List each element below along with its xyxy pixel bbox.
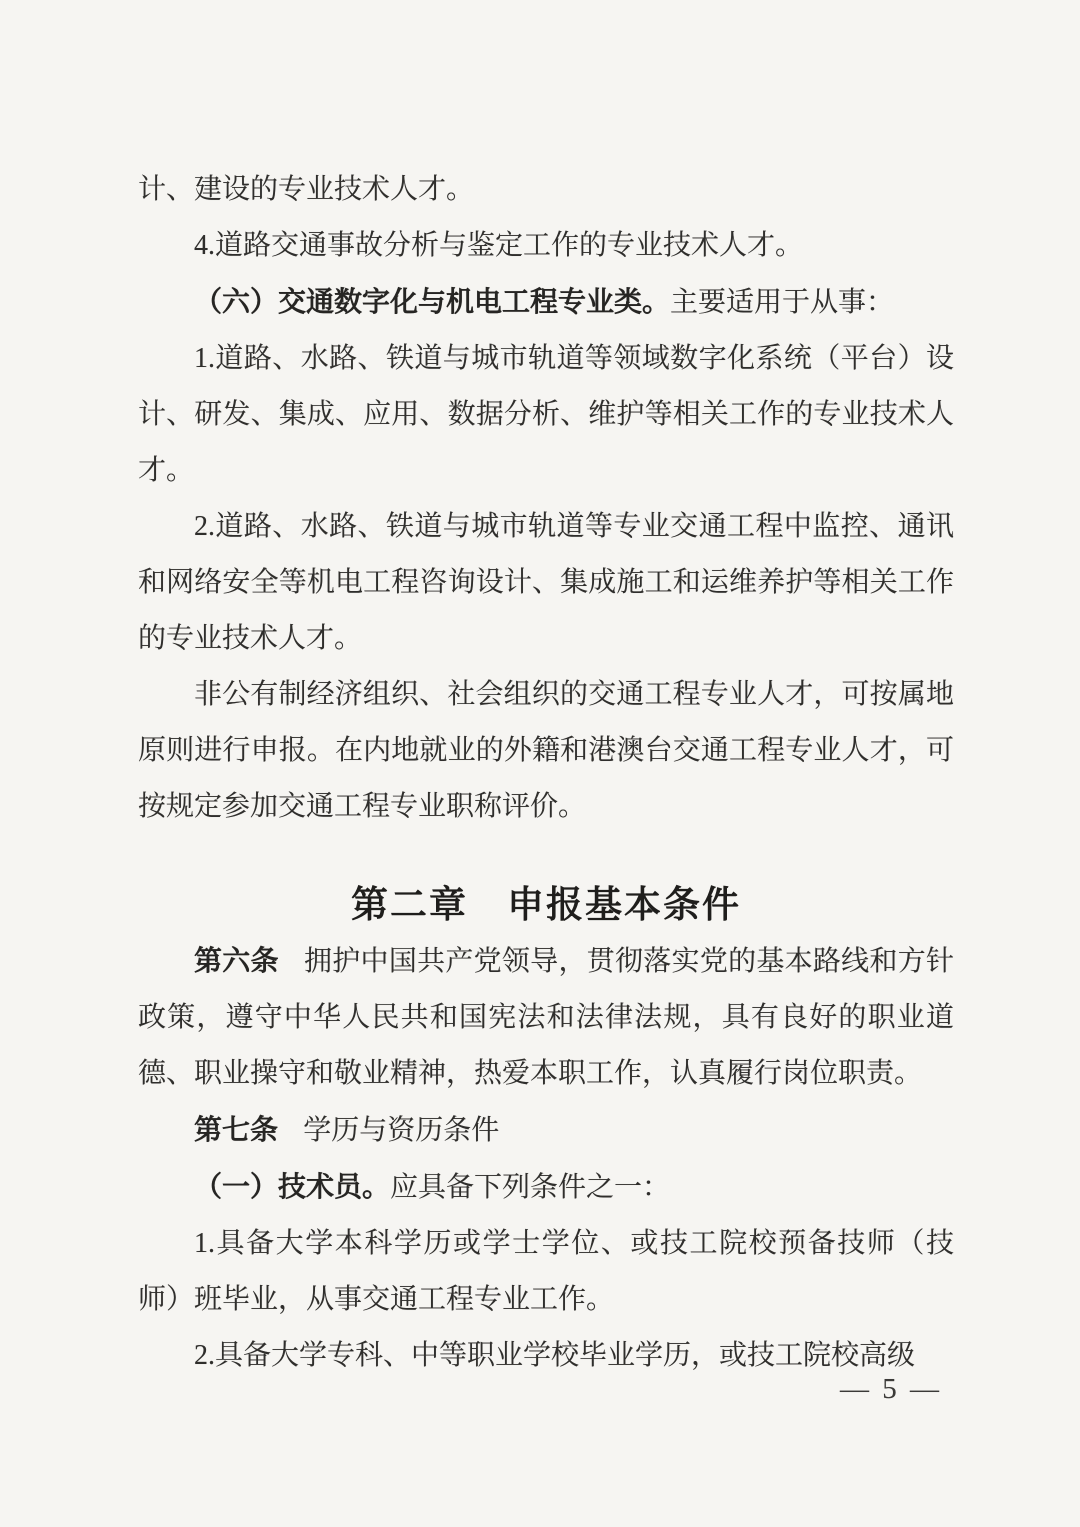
clause1-text: 应具备下列条件之一：	[390, 1172, 670, 1203]
paragraph-continuation: 计、建设的专业技术人才。	[138, 162, 954, 218]
chapter2-heading: 第二章 申报基本条件	[138, 877, 954, 933]
paragraph-clause1: （一）技术员。应具备下列条件之一：	[138, 1159, 954, 1216]
paragraph-clause1-item2: 2.具备大学专科、中等职业学校毕业学历，或技工院校高级	[138, 1328, 954, 1384]
paragraph-category6: （六）交通数字化与机电工程专业类。主要适用于从事：	[138, 274, 954, 331]
article6-label: 第六条	[194, 945, 279, 976]
paragraph-article7: 第七条学历与资历条件	[138, 1102, 954, 1159]
clause1-label: （一）技术员。	[194, 1171, 390, 1202]
document-body: 计、建设的专业技术人才。 4.道路交通事故分析与鉴定工作的专业技术人才。 （六）…	[138, 162, 954, 1384]
article7-text: 学历与资历条件	[303, 1115, 499, 1146]
document-page: 计、建设的专业技术人才。 4.道路交通事故分析与鉴定工作的专业技术人才。 （六）…	[0, 0, 1080, 1527]
page-number: — 5 —	[840, 1372, 942, 1406]
paragraph-nonpublic-note: 非公有制经济组织、社会组织的交通工程专业人才，可按属地原则进行申报。在内地就业的…	[138, 667, 954, 835]
paragraph-article6: 第六条拥护中国共产党领导，贯彻落实党的基本路线和方针政策，遵守中华人民共和国宪法…	[138, 933, 954, 1102]
article7-label: 第七条	[194, 1114, 278, 1145]
paragraph-category6-item1: 1.道路、水路、铁道与城市轨道等领域数字化系统（平台）设计、研发、集成、应用、数…	[138, 331, 954, 499]
category6-label: （六）交通数字化与机电工程专业类。	[194, 286, 670, 317]
paragraph-category6-item2: 2.道路、水路、铁道与城市轨道等专业交通工程中监控、通讯和网络安全等机电工程咨询…	[138, 499, 954, 667]
category6-text: 主要适用于从事：	[670, 287, 894, 318]
paragraph-clause1-item1: 1.具备大学本科学历或学士学位、或技工院校预备技师（技师）班毕业，从事交通工程专…	[138, 1216, 954, 1328]
paragraph-item4: 4.道路交通事故分析与鉴定工作的专业技术人才。	[138, 218, 954, 274]
